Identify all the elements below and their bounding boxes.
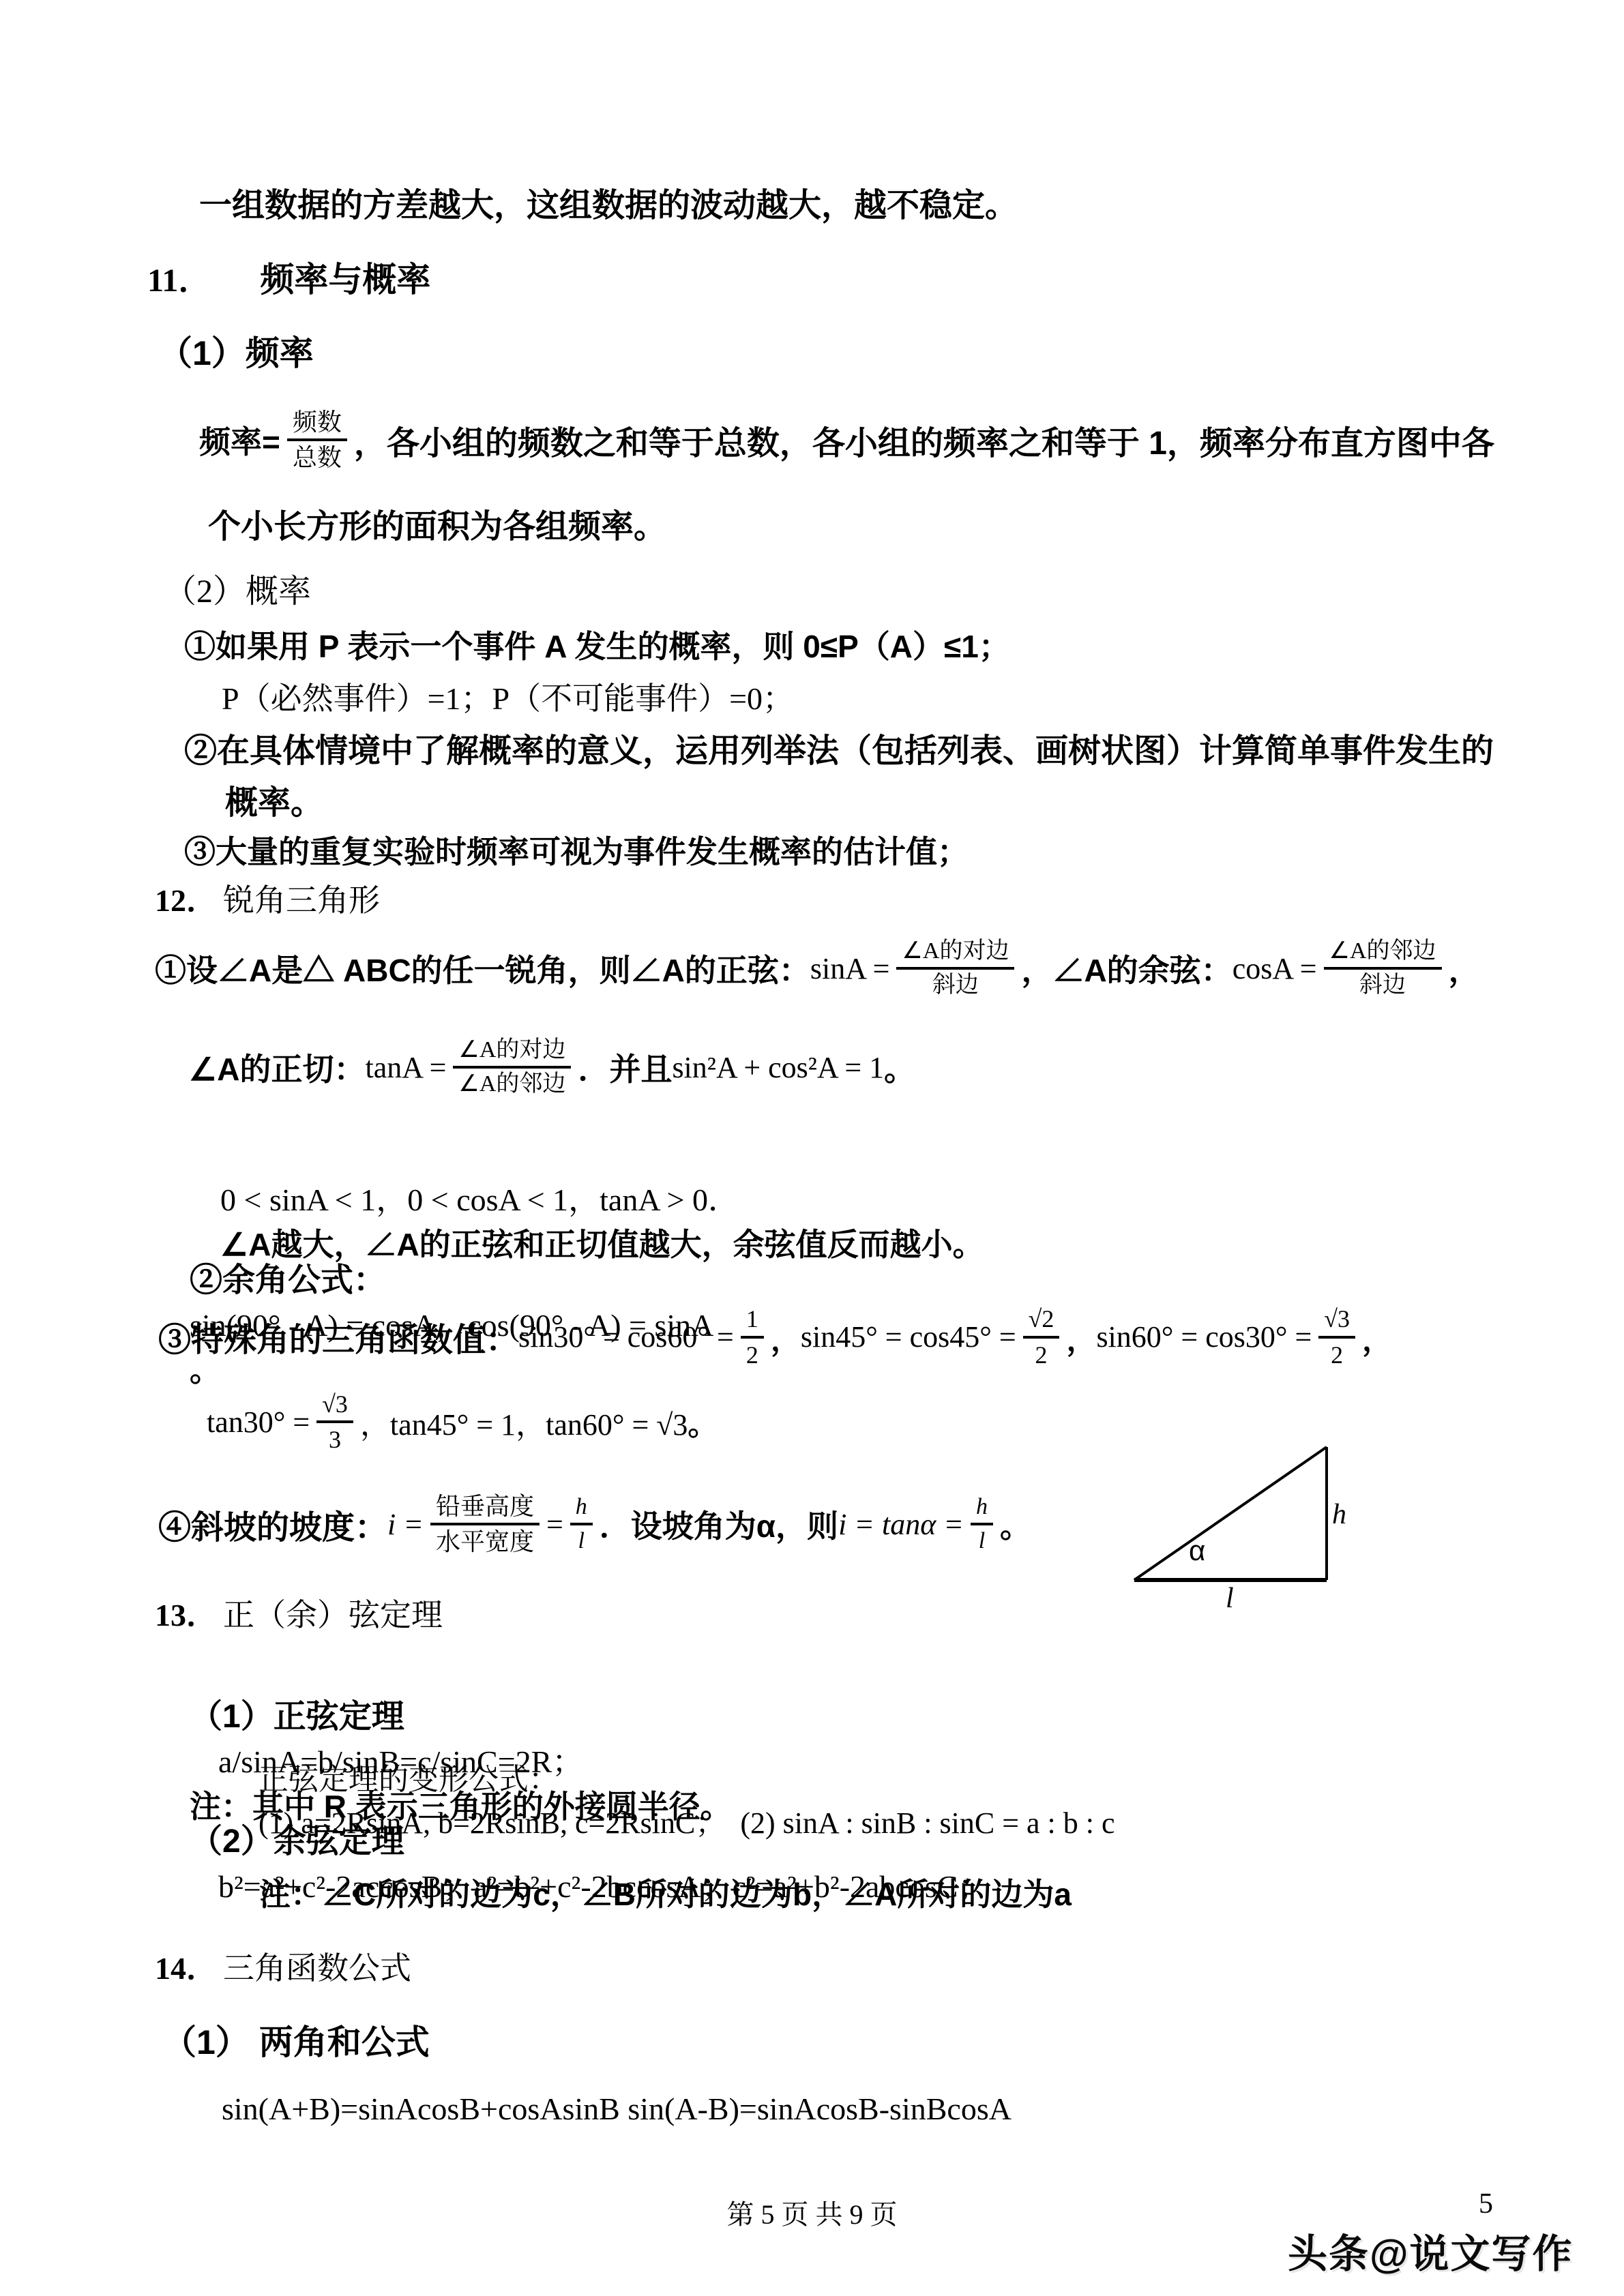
cosine-theorem-label: （2）余弦定理 bbox=[190, 1823, 404, 1860]
fraction-denominator: ∠A的邻边 bbox=[453, 1069, 571, 1099]
sqrt2-over-2-fraction: √2 2 bbox=[1023, 1303, 1060, 1371]
section-13-title: 正（余）弦定理 bbox=[223, 1590, 443, 1635]
tangent-fraction: ∠A的对边 ∠A的邻边 bbox=[453, 1035, 571, 1099]
special-angles-line: ③特殊角的三角函数值： sin30° = cos60° = 1 2 ， sin4… bbox=[158, 1294, 1392, 1380]
fraction-denominator: 2 bbox=[741, 1339, 764, 1371]
comma: ， bbox=[1066, 1315, 1096, 1359]
document-page: 一组数据的方差越大，这组数据的波动越大，越不稳定。 11． 频率与概率 （1）频… bbox=[0, 0, 1624, 2296]
section-11-title: 频率与概率 bbox=[260, 252, 430, 301]
section-11-heading: 11． 频率与概率 bbox=[147, 252, 430, 301]
angle-sum-subheading: （1） 两角和公式 bbox=[162, 2015, 430, 2064]
cosine-theorem-line: （2）余弦定理 b²=a²+c²-2accosB；a²=b²+c²-2bccos… bbox=[158, 1778, 989, 1943]
fraction-denominator: l bbox=[573, 1525, 590, 1556]
height-h-label: h bbox=[1332, 1498, 1346, 1531]
fraction-numerator: ∠A的邻边 bbox=[1324, 936, 1442, 970]
height-width-fraction: 铅垂高度 水平宽度 bbox=[430, 1491, 540, 1558]
comma: ， bbox=[1362, 1315, 1392, 1359]
tangent-values-line: tan30° = √3 3 ，tan45° = 1，tan60° = √3 。 bbox=[207, 1381, 718, 1463]
fraction-numerator: 频数 bbox=[287, 406, 347, 441]
fraction-denominator: 3 bbox=[323, 1423, 346, 1455]
watermark-toutiao: 头条@说文写作 bbox=[1288, 2222, 1574, 2279]
slope-middle-text: ．设坡角为α，则 bbox=[600, 1502, 838, 1547]
i-tan-alpha-eq: i = tanα = bbox=[838, 1507, 964, 1542]
tan45-tan60-eq: ，tan45° = 1，tan60° = √3 bbox=[360, 1400, 688, 1444]
fraction-numerator: √2 bbox=[1023, 1303, 1060, 1338]
tangent-end: 。 bbox=[884, 1045, 915, 1090]
pythagorean-identity: sin²A + cos²A = 1 bbox=[672, 1050, 884, 1085]
fraction-denominator: l bbox=[973, 1525, 990, 1556]
fraction-numerator: h bbox=[971, 1492, 993, 1525]
probability-point-2b: 概率。 bbox=[225, 776, 323, 823]
definition-prefix: ①设∠A是△ ABC的任一锐角，则∠A的正弦： bbox=[155, 946, 810, 991]
probability-point-1: ①如果用 P 表示一个事件 A 发生的概率，则 0≤P（A）≤1； bbox=[184, 622, 1010, 667]
sqrt3-over-3-fraction: √3 3 bbox=[316, 1388, 353, 1456]
monotonicity-math: 0 < sinA < 1，0 < cosA < 1，tanA > 0． bbox=[220, 1182, 739, 1217]
tangent-middle: ．并且 bbox=[578, 1045, 672, 1090]
fraction-numerator: ∠A的对边 bbox=[453, 1035, 571, 1069]
special-angles-eq1: sin30° = cos60° = bbox=[518, 1320, 734, 1354]
section-14-heading: 14． 三角函数公式 bbox=[155, 1943, 411, 1988]
fraction-numerator: √3 bbox=[1318, 1303, 1355, 1338]
frequency-formula-text: ，各小组的频数之和等于总数，各小组的频率之和等于 1，频率分布直方图中各 bbox=[354, 417, 1494, 464]
period: 。 bbox=[1000, 1502, 1031, 1547]
fraction-denominator: 斜边 bbox=[1354, 970, 1411, 1000]
slope-gradient-line: ④斜坡的坡度： i = 铅垂高度 水平宽度 = h l ．设坡角为α，则 i =… bbox=[158, 1466, 1031, 1582]
angle-alpha-label: α bbox=[1189, 1534, 1205, 1567]
section-14-number: 14． bbox=[155, 1943, 218, 1988]
half-fraction: 1 2 bbox=[741, 1303, 764, 1371]
frequency-formula-lhs: 频率= bbox=[199, 417, 280, 462]
fraction-denominator: 总数 bbox=[287, 441, 347, 473]
fraction-numerator: 1 bbox=[741, 1303, 764, 1338]
fraction-denominator: 水平宽度 bbox=[430, 1525, 540, 1557]
section-14-title: 三角函数公式 bbox=[223, 1943, 411, 1988]
frequency-formula-line: 频率= 频数 总数 ，各小组的频数之和等于总数，各小组的频率之和等于 1，频率分… bbox=[199, 396, 1494, 484]
probability-subheading: （2）概率 bbox=[164, 565, 311, 612]
section-12-heading: 12． 锐角三角形 bbox=[155, 876, 380, 921]
frequency-subheading: （1）频率 bbox=[158, 326, 314, 375]
frequency-continuation: 个小长方形的面积为各组频率。 bbox=[208, 500, 666, 547]
sine-cosine-definition-line: ①设∠A是△ ABC的任一锐角，则∠A的正弦： sinA = ∠A的对边 斜边 … bbox=[155, 922, 1480, 1015]
section-13-heading: 13． 正（余）弦定理 bbox=[155, 1590, 443, 1635]
fraction-denominator: 2 bbox=[1325, 1339, 1348, 1371]
fraction-denominator: 斜边 bbox=[927, 970, 984, 1000]
slope-label: ④斜坡的坡度： bbox=[158, 1501, 387, 1548]
special-angles-label: ③特殊角的三角函数值： bbox=[158, 1313, 518, 1360]
definition-middle: ，∠A的余弦： bbox=[1021, 946, 1232, 991]
slope-i-eq: i = bbox=[387, 1507, 424, 1542]
triangle-drawing bbox=[1129, 1440, 1340, 1597]
equals-sign: = bbox=[546, 1507, 563, 1542]
probability-point-1b: P（必然事件）=1；P（不可能事件）=0； bbox=[222, 674, 794, 719]
fraction-numerator: √3 bbox=[316, 1388, 353, 1423]
angle-sum-formula: sin(A+B)=sinAcosB+cosAsinB sin(A-B)=sinA… bbox=[222, 2091, 1012, 2127]
fraction-numerator: 铅垂高度 bbox=[430, 1491, 540, 1525]
sqrt3-over-2-fraction: √3 2 bbox=[1318, 1303, 1355, 1371]
sine-fraction: ∠A的对边 斜边 bbox=[896, 936, 1014, 1000]
h-over-l-fraction: h l bbox=[971, 1492, 993, 1556]
cosine-lhs: cosA = bbox=[1232, 951, 1317, 986]
special-angles-eq2: sin45° = cos45° = bbox=[801, 1320, 1016, 1354]
cosine-fraction: ∠A的邻边 斜边 bbox=[1324, 936, 1442, 1000]
comma: ， bbox=[771, 1315, 801, 1359]
base-l-label: l bbox=[1226, 1582, 1234, 1615]
cosine-theorem-note: 注：∠C所对的边为c，∠B所对的边为b，∠A所对的边为a bbox=[259, 1870, 1072, 1915]
special-angles-eq3: sin60° = cos30° = bbox=[1096, 1320, 1312, 1354]
period: 。 bbox=[688, 1400, 718, 1444]
tangent-definition-line: ∠A的正切： tanA = ∠A的对边 ∠A的邻边 ．并且 sin²A + co… bbox=[189, 1019, 915, 1115]
section-11-number: 11． bbox=[147, 254, 211, 301]
section-12-title: 锐角三角形 bbox=[223, 876, 380, 921]
frequency-fraction: 频数 总数 bbox=[287, 406, 347, 474]
fraction-numerator: ∠A的对边 bbox=[896, 936, 1014, 970]
tangent-lhs: tanA = bbox=[365, 1050, 446, 1085]
definition-end: ， bbox=[1449, 946, 1480, 991]
section-13-number: 13． bbox=[155, 1590, 218, 1635]
tangent-prefix: ∠A的正切： bbox=[189, 1045, 365, 1090]
h-over-l-fraction: h l bbox=[570, 1492, 593, 1556]
complementary-angle-label: ②余角公式： bbox=[190, 1262, 386, 1298]
intro-line: 一组数据的方差越大，这组数据的波动越大，越不稳定。 bbox=[199, 179, 1018, 226]
tan30-eq: tan30° = bbox=[207, 1405, 310, 1440]
fraction-denominator: 2 bbox=[1030, 1339, 1053, 1371]
probability-point-3: ③大量的重复实验时频率可视为事件发生概率的估计值； bbox=[184, 827, 969, 872]
probability-point-2: ②在具体情境中了解概率的意义，运用列举法（包括列表、画树状图）计算简单事件发生的 bbox=[184, 724, 1494, 771]
fraction-numerator: h bbox=[570, 1492, 593, 1525]
section-12-number: 12． bbox=[155, 876, 218, 921]
footer-page-number: 5 bbox=[1479, 2188, 1493, 2220]
sine-lhs: sinA = bbox=[810, 951, 890, 986]
slope-triangle-figure: α h l bbox=[1129, 1440, 1340, 1597]
